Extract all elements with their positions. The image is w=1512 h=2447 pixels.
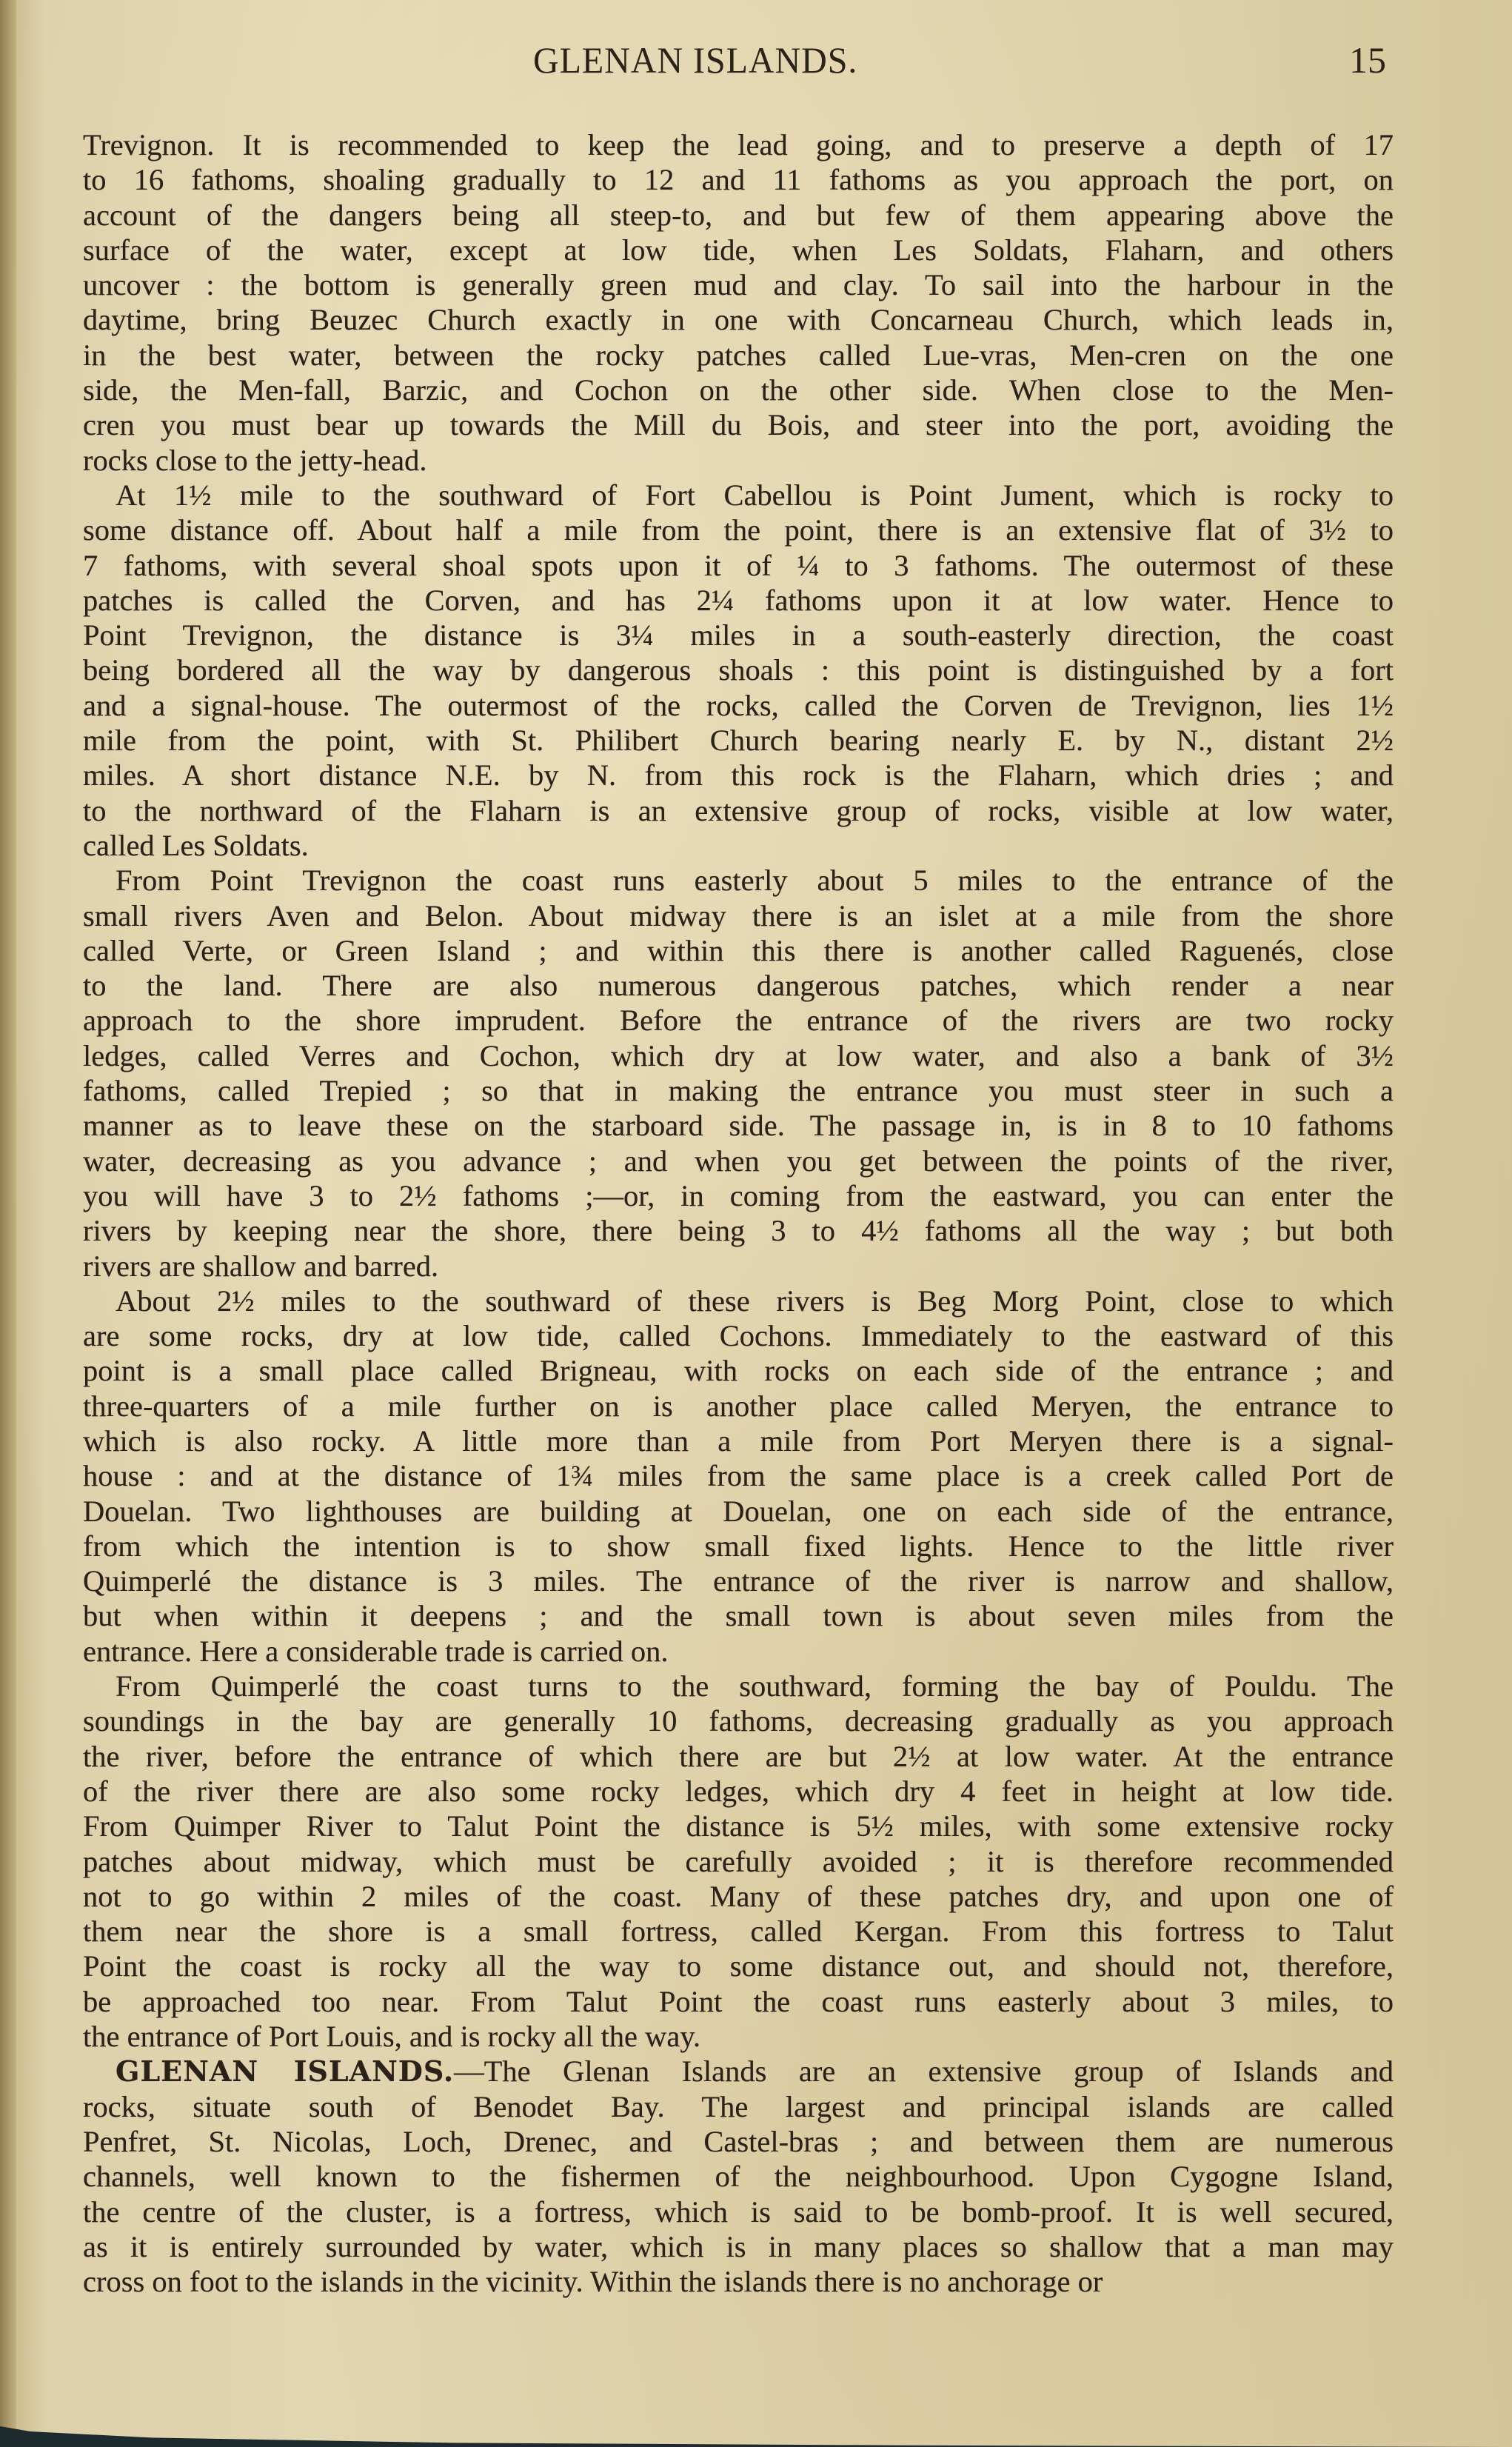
text-line: From Quimperlé the coast turns to the so… — [83, 1669, 1394, 1703]
text-line: mile from the point, with St. Philibert … — [83, 723, 1394, 758]
text-line: rocks, situate south of Benodet Bay. The… — [83, 2089, 1394, 2124]
text-line: called Les Soldats. — [83, 828, 1394, 863]
text-line: water, decreasing as you advance ; and w… — [83, 1144, 1394, 1178]
text-line: not to go within 2 miles of the coast. M… — [83, 1879, 1394, 1914]
text-line: soundings in the bay are generally 10 fa… — [83, 1703, 1394, 1738]
section-heading: GLENAN ISLANDS. — [116, 2054, 454, 2088]
text-line: Point the coast is rocky all the way to … — [83, 1949, 1394, 1983]
text-line: the centre of the cluster, is a fortress… — [83, 2194, 1394, 2229]
text-line: account of the dangers being all steep-t… — [83, 198, 1394, 233]
text-line: About 2½ miles to the southward of these… — [83, 1283, 1394, 1318]
text-line: you will have 3 to 2½ fathoms ;—or, in c… — [83, 1178, 1394, 1213]
running-head-title: GLENAN ISLANDS. — [533, 39, 857, 81]
text-line: three-quarters of a mile further on is a… — [83, 1389, 1394, 1423]
text-line: some distance off. About half a mile fro… — [83, 513, 1394, 547]
text-line: and a signal-house. The outermost of the… — [83, 688, 1394, 723]
text-line: cren you must bear up towards the Mill d… — [83, 407, 1394, 442]
text-line: 7 fathoms, with several shoal spots upon… — [83, 548, 1394, 583]
text-line: Douelan. Two lighthouses are building at… — [83, 1494, 1394, 1529]
text-line: From Quimper River to Talut Point the di… — [83, 1809, 1394, 1843]
body-text: Trevignon. It is recommended to keep the… — [83, 127, 1394, 2299]
paragraph: At 1½ mile to the southward of Fort Cabe… — [83, 478, 1394, 863]
text-line: From Point Trevignon the coast runs east… — [83, 863, 1394, 898]
text-line: the entrance of Port Louis, and is rocky… — [83, 2019, 1394, 2054]
text-line: channels, well known to the fishermen of… — [83, 2159, 1394, 2194]
text-line: miles. A short distance N.E. by N. from … — [83, 758, 1394, 792]
text-line: small rivers Aven and Belon. About midwa… — [83, 898, 1394, 933]
text-line: to the land. There are also numerous dan… — [83, 968, 1394, 1003]
text-line: which is also rocky. A little more than … — [83, 1423, 1394, 1458]
book-spine-edge — [0, 0, 16, 2447]
text-line: called Verte, or Green Island ; and with… — [83, 933, 1394, 968]
text-line: in the best water, between the rocky pat… — [83, 338, 1394, 373]
text-line: patches about midway, which must be care… — [83, 1844, 1394, 1879]
text-line: Penfret, St. Nicolas, Loch, Drenec, and … — [83, 2124, 1394, 2159]
section-paragraph-glenan-islands: GLENAN ISLANDS.—The Glenan Islands are a… — [83, 2054, 1394, 2299]
text-line: cross on foot to the islands in the vici… — [83, 2264, 1394, 2299]
text-line: Trevignon. It is recommended to keep the… — [83, 127, 1394, 162]
text-line: Quimperlé the distance is 3 miles. The e… — [83, 1563, 1394, 1598]
text-line: from which the intention is to show smal… — [83, 1529, 1394, 1563]
paragraph: About 2½ miles to the southward of these… — [83, 1283, 1394, 1669]
text-line: point is a small place called Brigneau, … — [83, 1353, 1394, 1388]
paragraph: From Quimperlé the coast turns to the so… — [83, 1669, 1394, 2054]
page-number: 15 — [1349, 39, 1386, 81]
text-line: entrance. Here a considerable trade is c… — [83, 1634, 1394, 1669]
paragraph: From Point Trevignon the coast runs east… — [83, 863, 1394, 1283]
text-line: side, the Men-fall, Barzic, and Cochon o… — [83, 373, 1394, 407]
text-line: Point Trevignon, the distance is 3¼ mile… — [83, 618, 1394, 652]
text-line: are some rocks, dry at low tide, called … — [83, 1318, 1394, 1353]
text-line: be approached too near. From Talut Point… — [83, 1984, 1394, 2019]
paragraph: Trevignon. It is recommended to keep the… — [83, 127, 1394, 478]
text-line: At 1½ mile to the southward of Fort Cabe… — [83, 478, 1394, 513]
text-line: house : and at the distance of 1¾ miles … — [83, 1458, 1394, 1493]
text-line: rocks close to the jetty-head. — [83, 443, 1394, 478]
text-line: as it is entirely surrounded by water, w… — [83, 2229, 1394, 2264]
text-line: them near the shore is a small fortress,… — [83, 1914, 1394, 1949]
text-line: being bordered all the way by dangerous … — [83, 652, 1394, 687]
text-line: the river, before the entrance of which … — [83, 1739, 1394, 1774]
text-line: GLENAN ISLANDS.—The Glenan Islands are a… — [83, 2054, 1394, 2089]
text-run: —The Glenan Islands are an extensive gro… — [454, 2054, 1394, 2088]
text-line: of the river there are also some rocky l… — [83, 1774, 1394, 1809]
text-line: rivers are shallow and barred. — [83, 1249, 1394, 1283]
text-line: patches is called the Corven, and has 2¼… — [83, 583, 1394, 618]
text-line: to the northward of the Flaharn is an ex… — [83, 793, 1394, 828]
text-line: uncover : the bottom is generally green … — [83, 267, 1394, 302]
text-line: manner as to leave these on the starboar… — [83, 1108, 1394, 1143]
text-line: fathoms, called Trepied ; so that in mak… — [83, 1073, 1394, 1108]
text-line: ledges, called Verres and Cochon, which … — [83, 1038, 1394, 1073]
text-line: but when within it deepens ; and the sma… — [83, 1598, 1394, 1633]
text-line: to 16 fathoms, shoaling gradually to 12 … — [83, 162, 1394, 197]
running-head: GLENAN ISLANDS. 15 — [0, 39, 1512, 83]
text-line: approach to the shore imprudent. Before … — [83, 1003, 1394, 1038]
text-line: daytime, bring Beuzec Church exactly in … — [83, 302, 1394, 337]
text-line: surface of the water, except at low tide… — [83, 233, 1394, 267]
text-line: rivers by keeping near the shore, there … — [83, 1213, 1394, 1248]
